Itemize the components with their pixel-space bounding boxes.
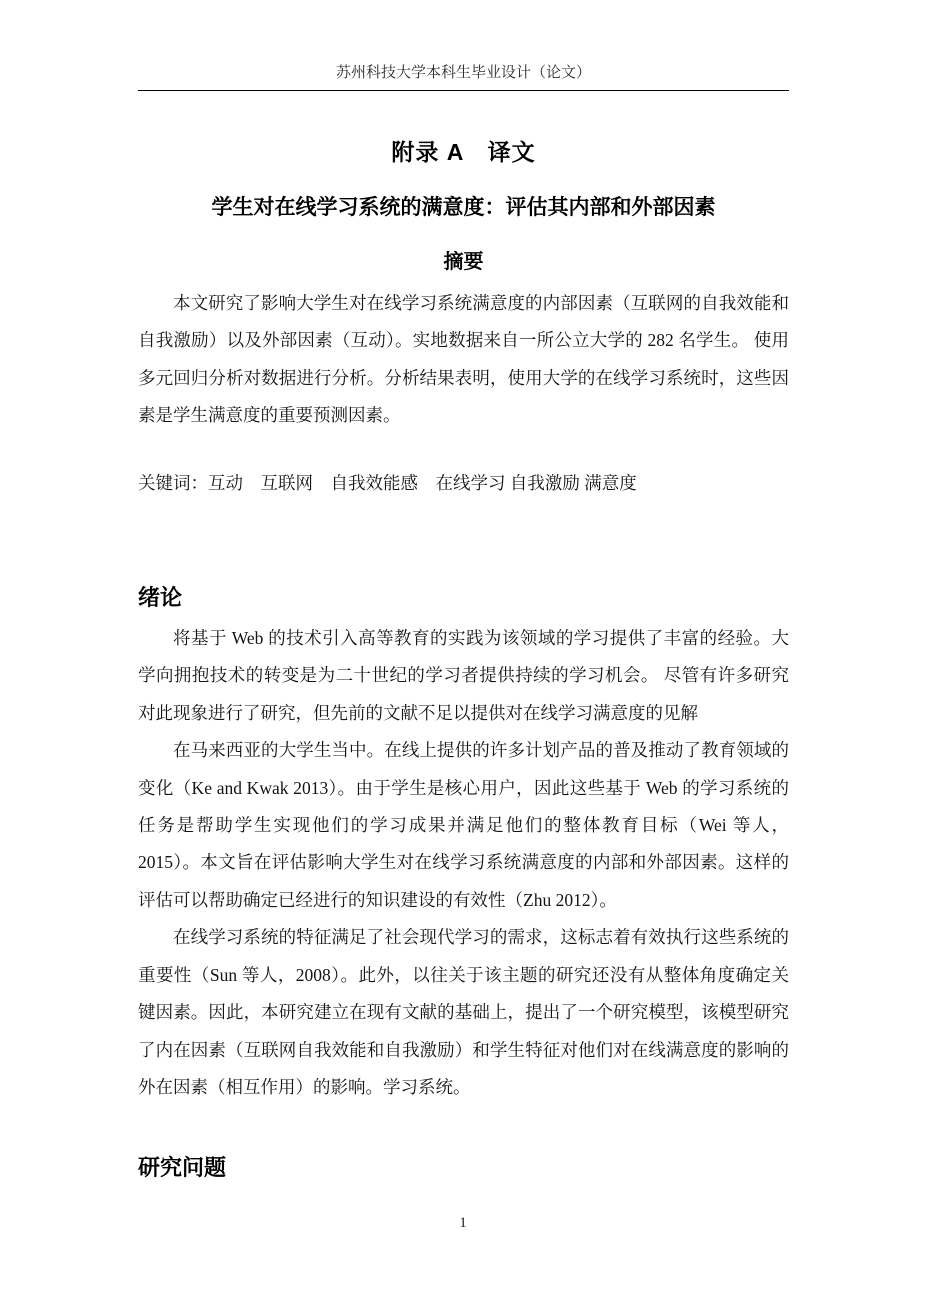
page-number: 1	[0, 1213, 926, 1233]
research-questions-heading: 研究问题	[138, 1155, 789, 1181]
paper-title: 学生对在线学习系统的满意度：评估其内部和外部因素	[138, 195, 789, 221]
abstract-heading: 摘要	[138, 249, 789, 275]
appendix-title: 附录 A 译文	[138, 139, 789, 165]
introduction-body: 将基于 Web 的技术引入高等教育的实践为该领域的学习提供了丰富的经验。大学向拥…	[138, 620, 789, 1106]
introduction-paragraph: 在马来西亚的大学生当中。在线上提供的许多计划产品的普及推动了教育领域的变化（Ke…	[138, 732, 789, 919]
document-page: 苏州科技大学本科生毕业设计（论文） 附录 A 译文 学生对在线学习系统的满意度：…	[0, 0, 926, 1309]
keywords-line: 关键词：互动 互联网 自我效能感 在线学习 自我激励 满意度	[138, 465, 789, 502]
introduction-heading: 绪论	[138, 585, 789, 611]
introduction-paragraph: 将基于 Web 的技术引入高等教育的实践为该领域的学习提供了丰富的经验。大学向拥…	[138, 620, 789, 732]
page-header: 苏州科技大学本科生毕业设计（论文）	[138, 0, 789, 91]
abstract-paragraph: 本文研究了影响大学生对在线学习系统满意度的内部因素（互联网的自我效能和自我激励）…	[138, 285, 789, 435]
introduction-paragraph: 在线学习系统的特征满足了社会现代学习的需求，这标志着有效执行这些系统的重要性（S…	[138, 919, 789, 1106]
